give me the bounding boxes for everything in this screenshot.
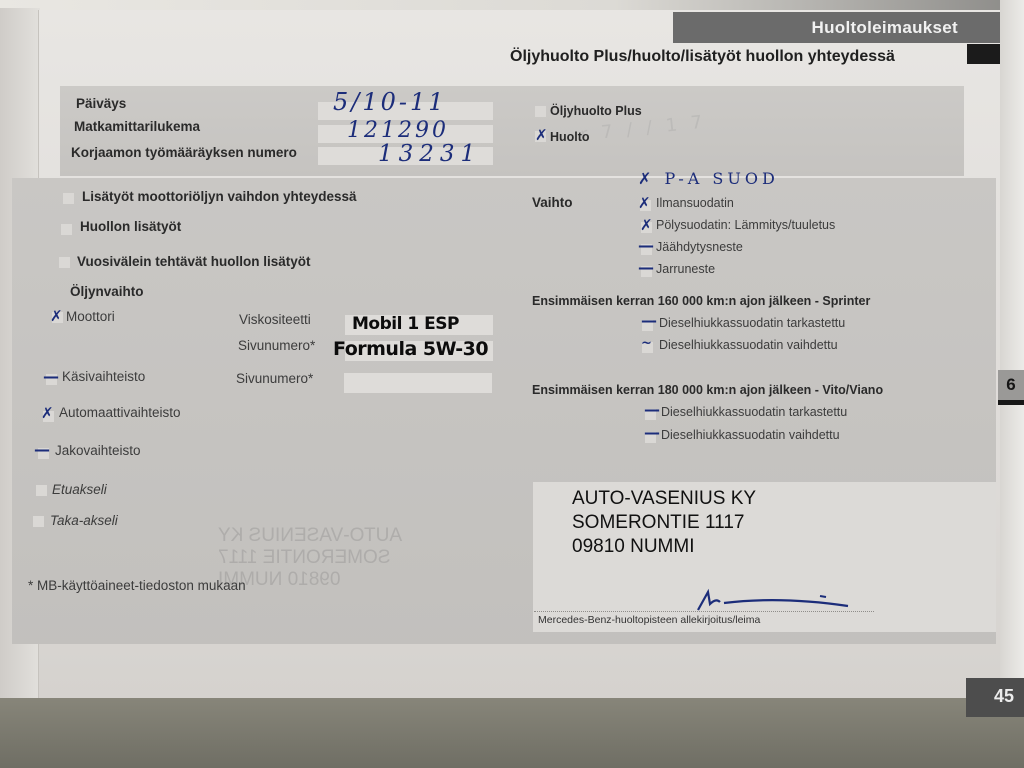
replacement-label: Vaihto <box>532 195 573 210</box>
oil-stamp-line2: Formula 5W-30 <box>333 338 488 360</box>
checkbox-etuakseli[interactable] <box>36 485 47 496</box>
footnote: * MB-käyttöaineet-tiedoston mukaan <box>28 578 246 593</box>
label-etuakseli: Etuakseli <box>52 482 107 497</box>
label-jakovaihteisto: Jakovaihteisto <box>55 443 141 458</box>
odometer-value: 121290 <box>347 118 449 143</box>
mark-polysuodatin: ✗ <box>640 218 653 233</box>
label-jarruneste: Jarruneste <box>656 262 715 276</box>
sprinter-heading: Ensimmäisen kerran 160 000 km:n ajon jäl… <box>532 294 870 308</box>
checkbox-lisatyot-oljynvaihto[interactable] <box>63 193 74 204</box>
label-oljyhuolto-plus: Öljyhuolto Plus <box>550 104 642 118</box>
label-huollon-lisatyot: Huollon lisätyöt <box>80 219 181 234</box>
section-header-tab: Huoltoleimaukset <box>673 12 1000 43</box>
mark-jarruneste: — <box>638 260 654 276</box>
mark-ilmansuodatin: ✗ <box>638 196 651 211</box>
page-subtitle: Öljyhuolto Plus/huolto/lisätyöt huollon … <box>510 48 895 66</box>
label-vuosivalein: Vuosivälein tehtävät huollon lisätyöt <box>77 254 311 269</box>
page-number-label-1: Sivunumero* <box>238 338 315 353</box>
section-title: Huoltoleimaukset <box>812 18 959 38</box>
odometer-label: Matkamittarilukema <box>74 119 200 134</box>
mark-moottori: ✗ <box>50 309 63 324</box>
mark-jakovaihteisto: — <box>34 442 50 458</box>
page-number-label-2: Sivunumero* <box>236 371 313 386</box>
label-jaahdytysneste: Jäähdytysneste <box>656 240 743 254</box>
checkbox-huollon-lisatyot[interactable] <box>61 224 72 235</box>
label-moottori: Moottori <box>66 309 115 324</box>
label-lisatyot-oljynvaihto: Lisätyöt moottoriöljyn vaihdon yhteydess… <box>82 189 357 204</box>
mark-vito-vaihdettu: — <box>644 425 660 441</box>
table-surface <box>0 690 1024 768</box>
label-automaattivaihteisto: Automaattivaihteisto <box>59 405 181 420</box>
stamp-line-address: SOMERONTIE 1117 <box>572 512 744 534</box>
oil-change-heading: Öljynvaihto <box>70 284 144 299</box>
label-sprinter-vaihdettu: Dieselhiukkassuodatin vaihdettu <box>659 338 838 352</box>
stamp-line-company: AUTO-VASENIUS KY <box>572 488 756 510</box>
label-polysuodatin: Pölysuodatin: Lämmitys/tuuletus <box>656 218 835 232</box>
work-order-value: 13231 <box>378 141 481 167</box>
signature-caption: Mercedes-Benz-huoltopisteen allekirjoitu… <box>538 614 760 626</box>
chapter-tab: 6 <box>998 370 1024 400</box>
checkbox-oljyhuolto-plus[interactable] <box>535 106 546 117</box>
oil-stamp-line1: Mobil 1 ESP <box>352 314 459 334</box>
mark-sprinter-tarkastettu: — <box>641 313 657 329</box>
label-huolto: Huolto <box>550 130 590 144</box>
page-stack-edge <box>1000 0 1024 700</box>
viscosity-label: Viskositeetti <box>239 312 311 327</box>
checkbox-taka-akseli[interactable] <box>33 516 44 527</box>
checkbox-vuosivalein[interactable] <box>59 257 70 268</box>
mark-vito-tarkastettu: — <box>644 402 660 418</box>
mark-jaahdytysneste: — <box>638 238 654 254</box>
page-number-field-2[interactable] <box>344 373 492 393</box>
page-number: 45 <box>966 678 1024 717</box>
header-accent-block <box>967 44 1000 64</box>
label-vito-vaihdettu: Dieselhiukkassuodatin vaihdettu <box>661 428 840 442</box>
mark-automaattivaihteisto: ✗ <box>41 406 54 421</box>
date-label: Päiväys <box>76 96 126 111</box>
handwritten-note-pa-suod: ✗ P-A SUOD <box>638 169 779 188</box>
signature-line <box>534 611 874 612</box>
work-order-label: Korjaamon työmääräyksen numero <box>71 145 297 160</box>
stamp-line-postal: 09810 NUMMI <box>572 536 695 558</box>
mark-kasivaihteisto: — <box>43 369 59 385</box>
label-sprinter-tarkastettu: Dieselhiukkassuodatin tarkastettu <box>659 316 845 330</box>
mark-sprinter-vaihdettu: ~ <box>641 337 652 350</box>
vito-heading: Ensimmäisen kerran 180 000 km:n ajon jäl… <box>532 383 883 397</box>
label-kasivaihteisto: Käsivaihteisto <box>62 369 145 384</box>
date-value: 5/10-11 <box>333 88 447 116</box>
mark-huolto: ✗ <box>535 128 548 143</box>
label-ilmansuodatin: Ilmansuodatin <box>656 196 734 210</box>
label-vito-tarkastettu: Dieselhiukkassuodatin tarkastettu <box>661 405 847 419</box>
label-taka-akseli: Taka-akseli <box>50 513 118 528</box>
